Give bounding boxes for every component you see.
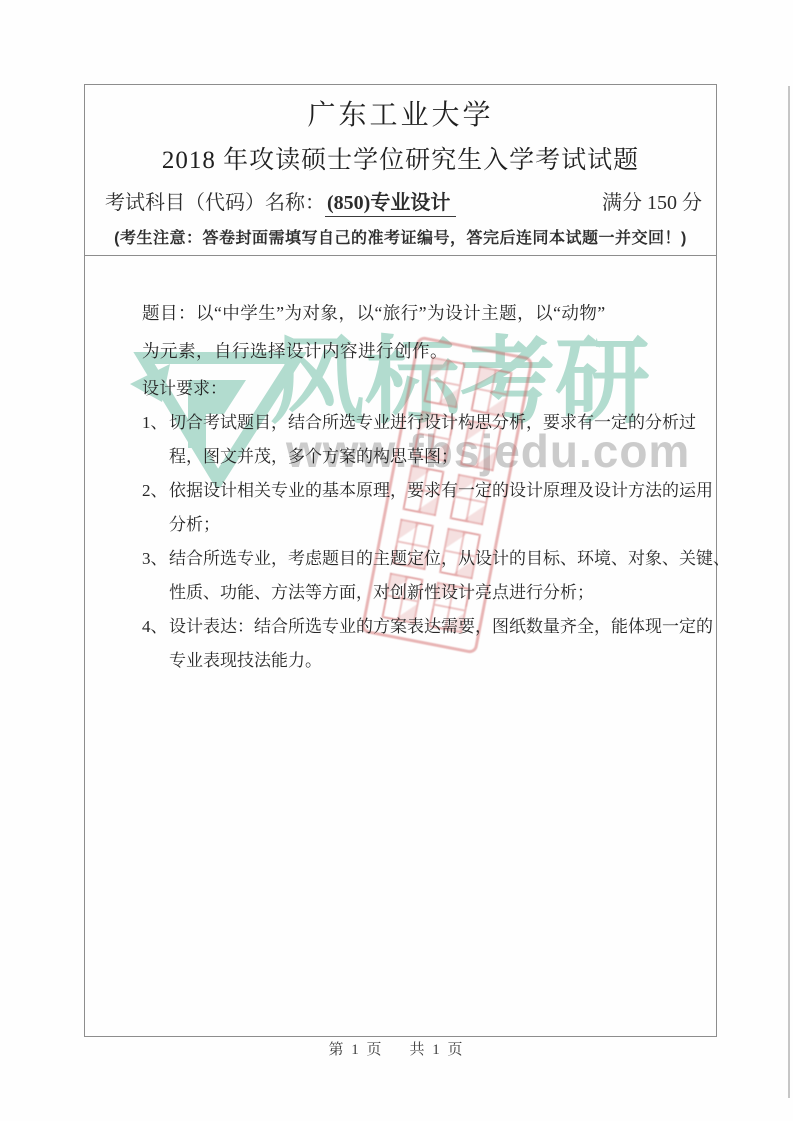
requirement-line: 设计表达：结合所选专业的方案表达需要，图纸数量齐全，能体现一定的 xyxy=(169,610,708,644)
topic-line: 题目：以“中学生”为对象，以“旅行”为设计主题，以“动物” xyxy=(142,294,708,332)
requirement-line: 专业表现技法能力。 xyxy=(169,644,708,678)
full-score-label: 满分 150 分 xyxy=(602,186,702,215)
requirement-line: 程，图文并茂，多个方案的构思草图； xyxy=(169,440,708,474)
current-page-label: 第 1 页 xyxy=(328,1042,383,1058)
scanned-exam-page: 风标考研 www.fbsjedu.com 广东工业大学 2018 年攻读硕士学位… xyxy=(0,0,793,1121)
requirement-number: 1、 xyxy=(142,406,168,440)
requirement-item: 4、 设计表达：结合所选专业的方案表达需要，图纸数量齐全，能体现一定的 专业表现… xyxy=(142,610,708,678)
exam-title: 2018 年攻读硕士学位研究生入学考试试题 xyxy=(85,140,716,176)
requirement-number: 4、 xyxy=(142,610,168,644)
subject-label: 考试科目（代码）名称： xyxy=(105,192,325,214)
header-divider xyxy=(85,255,716,256)
exam-paper-frame: 广东工业大学 2018 年攻读硕士学位研究生入学考试试题 满分 150 分 考试… xyxy=(84,84,717,1037)
requirement-item: 1、 切合考试题目，结合所选专业进行设计构思分析，要求有一定的分析过 程，图文并… xyxy=(142,406,708,474)
requirement-line: 性质、功能、方法等方面，对创新性设计亮点进行分析； xyxy=(169,576,708,610)
requirement-line: 分析； xyxy=(169,508,708,542)
requirement-item: 3、 结合所选专业，考虑题目的主题定位，从设计的目标、环境、对象、关键、 性质、… xyxy=(142,542,708,610)
university-title: 广东工业大学 xyxy=(85,93,716,133)
requirement-number: 3、 xyxy=(142,542,168,576)
requirement-number: 2、 xyxy=(142,474,168,508)
candidate-notice: (考生注意：答卷封面需填写自己的准考证编号，答完后连同本试题一并交回！) xyxy=(85,225,716,248)
subject-row: 满分 150 分 考试科目（代码）名称：(850)专业设计 xyxy=(105,186,702,215)
requirement-item: 2、 依据设计相关专业的基本原理，要求有一定的设计原理及设计方法的运用 分析； xyxy=(142,474,708,542)
requirement-line: 切合考试题目，结合所选专业进行设计构思分析，要求有一定的分析过 xyxy=(169,406,708,440)
requirements-heading: 设计要求： xyxy=(142,372,708,406)
design-requirements: 设计要求： 1、 切合考试题目，结合所选专业进行设计构思分析，要求有一定的分析过… xyxy=(142,372,708,678)
total-pages-label: 共 1 页 xyxy=(410,1042,465,1058)
subject-code-name: (850)专业设计 xyxy=(325,192,456,217)
exam-topic: 题目：以“中学生”为对象，以“旅行”为设计主题，以“动物” 为元素，自行选择设计… xyxy=(142,294,708,370)
topic-line: 为元素，自行选择设计内容进行创作。 xyxy=(142,332,708,370)
requirement-line: 结合所选专业，考虑题目的主题定位，从设计的目标、环境、对象、关键、 xyxy=(169,542,708,576)
page-footer: 第 1 页共 1 页 xyxy=(0,1038,793,1059)
requirement-line: 依据设计相关专业的基本原理，要求有一定的设计原理及设计方法的运用 xyxy=(169,474,708,508)
scan-edge-artifact xyxy=(788,86,790,1098)
